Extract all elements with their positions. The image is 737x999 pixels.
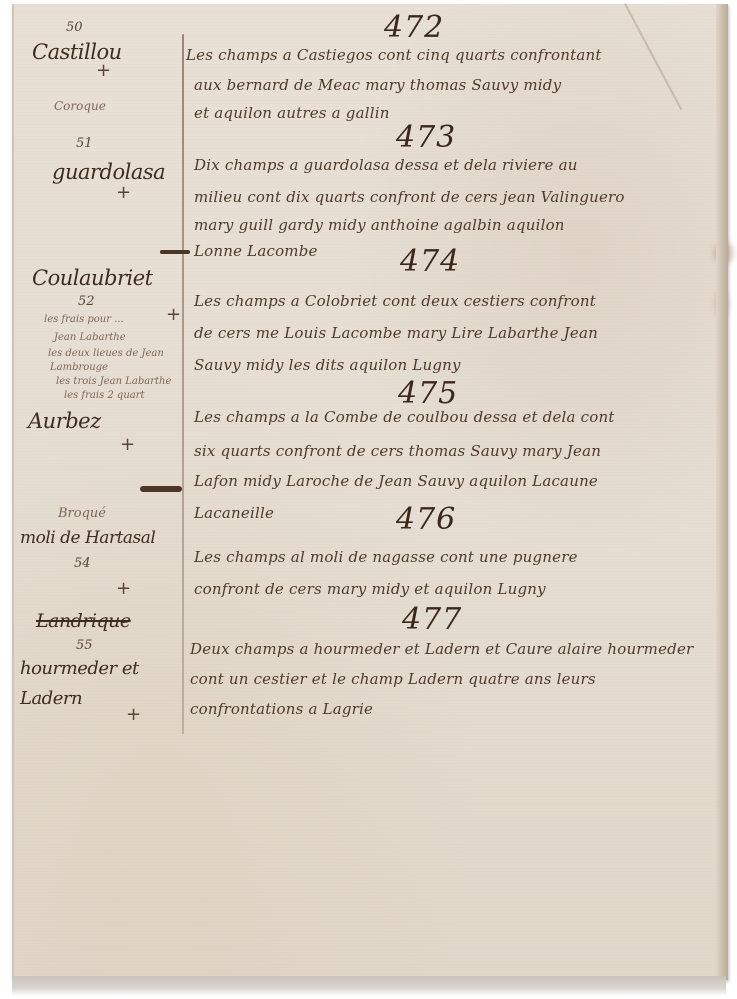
margin-place-name: Coulaubriet: [32, 266, 153, 290]
entry-text-line: Les champs a Colobriet cont deux cestier…: [194, 292, 596, 310]
margin-place-name: guardolasa: [52, 160, 165, 184]
entry-number: 473: [396, 120, 456, 155]
margin-number: 54: [74, 556, 91, 571]
entry-number: 476: [396, 502, 456, 537]
margin-place-name-struck: Landrique: [36, 610, 131, 632]
margin-note: les trois Jean Labarthe: [56, 376, 171, 387]
entry-text-line: six quarts confront de cers thomas Sauvy…: [194, 442, 601, 460]
entry-text-line: Les champs al moli de nagasse cont une p…: [194, 548, 578, 566]
paper-fold-line: [624, 3, 682, 110]
margin-note: les frais pour ...: [44, 314, 124, 325]
entry-text-line: aux bernard de Meac mary thomas Sauvy mi…: [194, 76, 561, 94]
margin-number: 55: [76, 638, 93, 653]
margin-place-name: hourmeder et: [20, 658, 139, 679]
entry-text-line: Lonne Lacombe: [194, 242, 318, 260]
margin-bracket-line: [182, 34, 184, 734]
ink-flourish: [160, 250, 190, 254]
entry-text-line: confront de cers mary midy et aquilon Lu…: [194, 580, 546, 598]
margin-note: les deux lieues de Jean: [48, 348, 164, 359]
margin-superscript: 50: [66, 20, 83, 35]
margin-place-name: Aurbez: [28, 409, 101, 433]
entry-text-line: Sauvy midy les dits aquilon Lugny: [194, 356, 461, 374]
cross-mark: +: [116, 182, 131, 203]
entry-text-line: Dix champs a guardolasa dessa et dela ri…: [194, 156, 578, 174]
margin-note: Jean Labarthe: [54, 332, 126, 343]
margin-note: les frais 2 quart: [64, 390, 145, 401]
entry-text-line: Lafon midy Laroche de Jean Sauvy aquilon…: [194, 472, 598, 490]
entry-text-line: Deux champs a hourmeder et Ladern et Cau…: [190, 640, 693, 658]
entry-text-line: milieu cont dix quarts confront de cers …: [194, 188, 625, 206]
margin-note: Coroque: [54, 99, 106, 113]
entry-number: 477: [402, 602, 462, 637]
margin-place-name: moli de Hartasal: [20, 528, 155, 548]
cross-mark: +: [166, 304, 181, 325]
margin-note: Lambrouge: [50, 362, 108, 373]
manuscript-page: 50 Castillou + Coroque 51 guardolasa + C…: [12, 4, 728, 980]
cross-mark: +: [120, 434, 135, 455]
margin-number: 52: [78, 294, 95, 309]
margin-note: Broqué: [58, 506, 106, 521]
entry-text-line: Lacaneille: [194, 504, 274, 522]
margin-number: 51: [76, 136, 93, 151]
margin-place-name: Ladern: [20, 688, 82, 709]
entry-text-line: mary guill gardy midy anthoine agalbin a…: [194, 216, 565, 234]
entry-text-line: Les champs a Castiegos cont cinq quarts …: [186, 46, 602, 64]
cross-mark: +: [116, 578, 131, 599]
entry-text-line: cont un cestier et le champ Ladern quatr…: [190, 670, 596, 688]
entry-text-line: de cers me Louis Lacombe mary Lire Labar…: [194, 324, 598, 342]
entry-text-line: Les champs a la Combe de coulbou dessa e…: [194, 408, 615, 426]
page-bottom-edge: [12, 976, 726, 996]
entry-number: 472: [384, 10, 444, 45]
entry-number: 475: [398, 376, 458, 411]
entry-text-line: et aquilon autres a gallin: [194, 104, 390, 122]
entry-number: 474: [400, 244, 460, 279]
cross-mark: +: [126, 704, 141, 725]
entry-text-line: confrontations a Lagrie: [190, 700, 373, 718]
cross-mark: +: [96, 60, 111, 81]
page-right-edge: [716, 4, 728, 980]
ink-flourish: [140, 486, 182, 492]
